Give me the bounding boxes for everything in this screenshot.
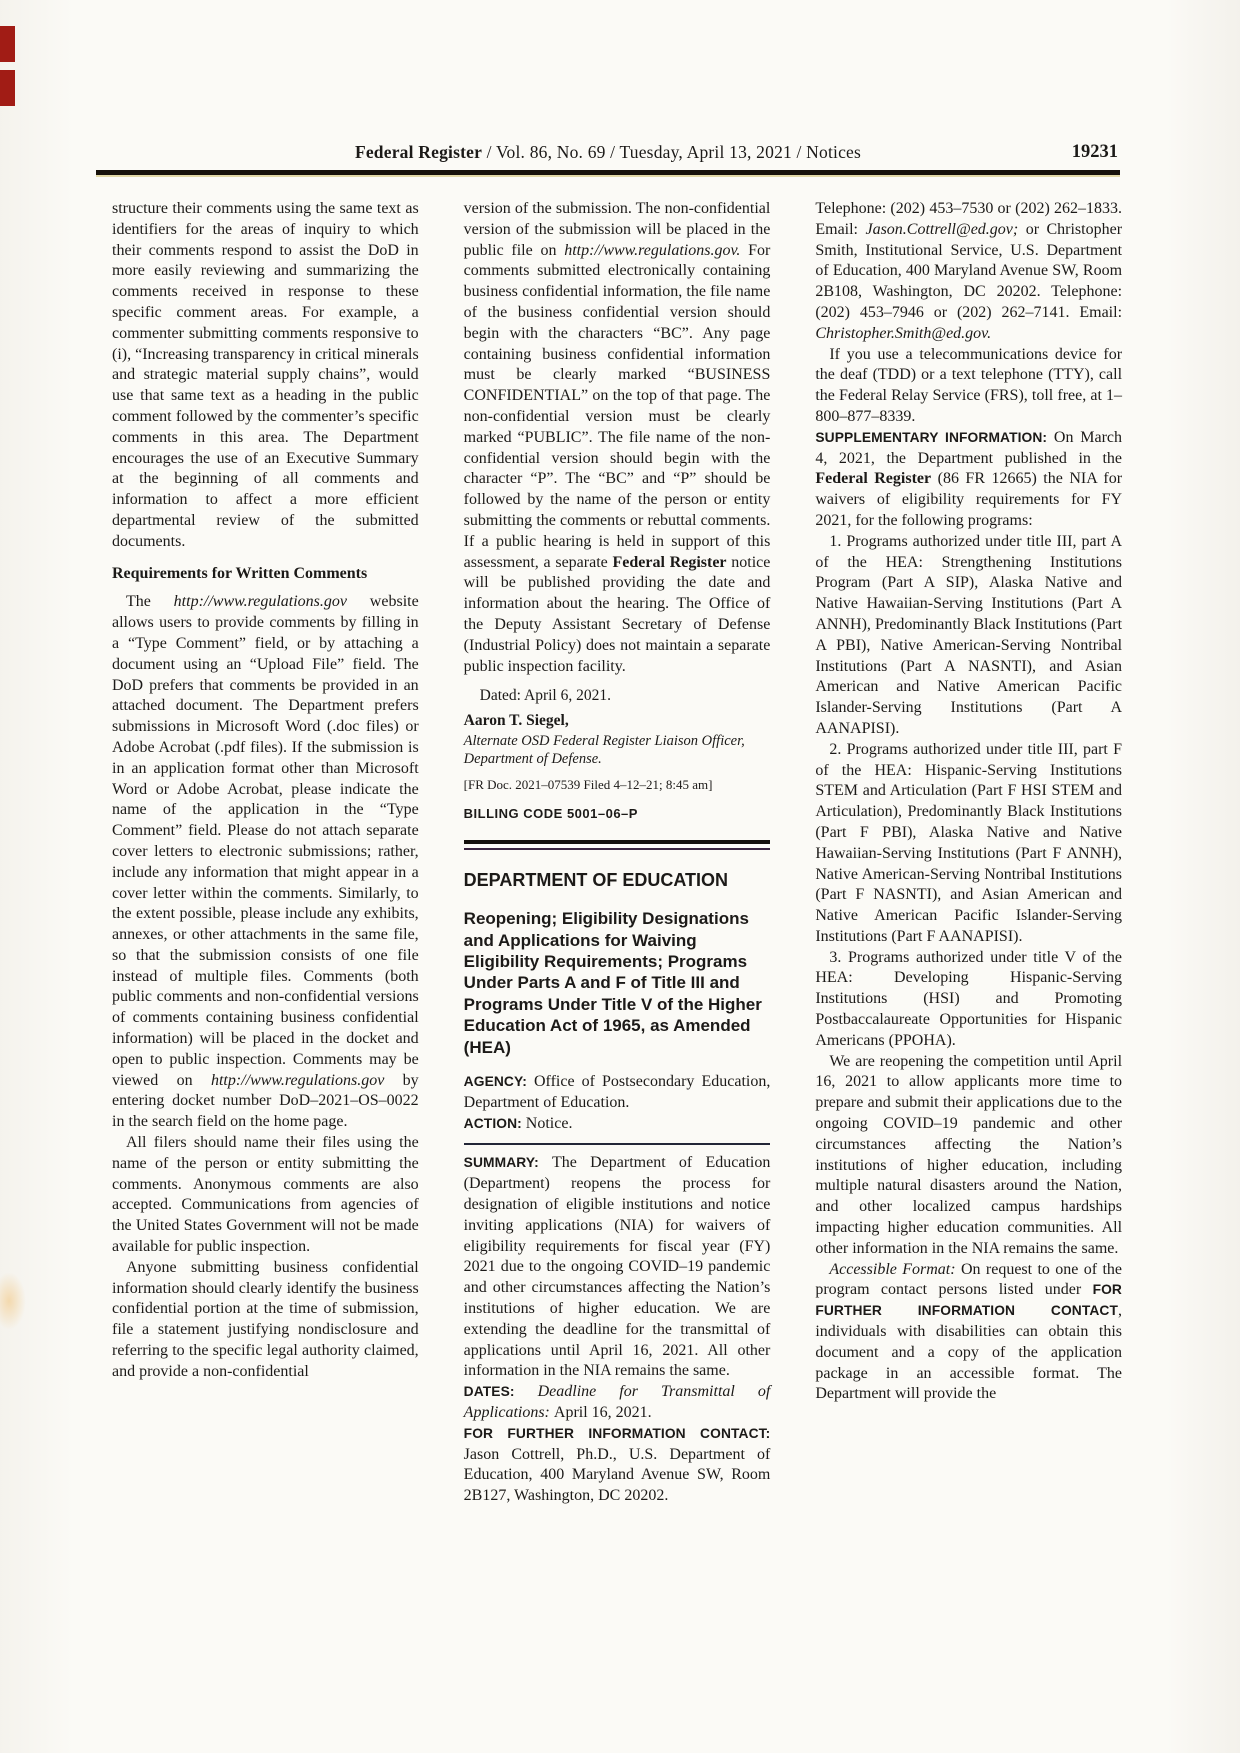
paragraph: Anyone submitting business confidential … xyxy=(112,1258,419,1383)
scan-artifact-red-mark xyxy=(0,26,15,62)
scan-artifact-red-mark xyxy=(0,70,15,106)
paragraph: version of the submission. The non-confi… xyxy=(464,199,771,677)
paragraph: ACTION: Notice. xyxy=(464,1114,771,1135)
document-separator xyxy=(464,840,771,852)
fr-doc-line: [FR Doc. 2021–07539 Filed 4–12–21; 8:45 … xyxy=(464,775,771,796)
running-head: Federal Register / Vol. 86, No. 69 / Tue… xyxy=(96,142,1120,163)
section-rule xyxy=(464,1143,771,1145)
paragraph: If you use a telecommunications device f… xyxy=(815,345,1122,428)
paragraph: SUPPLEMENTARY INFORMATION: On March 4, 2… xyxy=(815,428,1122,532)
dated-line: Dated: April 6, 2021. xyxy=(464,686,771,707)
header-rule xyxy=(96,170,1120,175)
column-3: Telephone: (202) 453–7530 or (202) 262–1… xyxy=(815,199,1122,1507)
three-column-body: structure their comments using the same … xyxy=(112,199,1122,1507)
agency-heading: DEPARTMENT OF EDUCATION xyxy=(464,870,771,891)
scan-artifact-stain xyxy=(0,1272,26,1330)
paragraph: SUMMARY: The Department of Education (De… xyxy=(464,1153,771,1382)
paragraph: All filers should name their files using… xyxy=(112,1133,419,1258)
paragraph: Accessible Format: On request to one of … xyxy=(815,1260,1122,1406)
paragraph: 3. Programs authorized under title V of … xyxy=(815,948,1122,1052)
paragraph: 1. Programs authorized under title III, … xyxy=(815,532,1122,740)
signatory-title: Alternate OSD Federal Register Liaison O… xyxy=(464,732,771,769)
column-1: structure their comments using the same … xyxy=(112,199,419,1507)
journal-title: Federal Register xyxy=(355,142,482,162)
paragraph: DATES: Deadline for Transmittal of Appli… xyxy=(464,1382,771,1424)
section-heading: Requirements for Written Comments xyxy=(112,564,419,585)
paragraph: structure their comments using the same … xyxy=(112,199,419,553)
document-title: Reopening; Eligibility Designations and … xyxy=(464,908,771,1058)
paragraph: The http://www.regulations.gov website a… xyxy=(112,592,419,1133)
page-header: Federal Register / Vol. 86, No. 69 / Tue… xyxy=(96,0,1120,175)
paragraph: FOR FURTHER INFORMATION CONTACT: Jason C… xyxy=(464,1424,771,1507)
paragraph: AGENCY: Office of Postsecondary Educatio… xyxy=(464,1072,771,1114)
paragraph: 2. Programs authorized under title III, … xyxy=(815,740,1122,948)
paragraph: Telephone: (202) 453–7530 or (202) 262–1… xyxy=(815,199,1122,345)
paragraph: We are reopening the competition until A… xyxy=(815,1052,1122,1260)
page-number: 19231 xyxy=(1072,142,1118,163)
column-2: version of the submission. The non-confi… xyxy=(464,199,771,1507)
federal-register-page: Federal Register / Vol. 86, No. 69 / Tue… xyxy=(0,0,1240,1753)
billing-code: BILLING CODE 5001–06–P xyxy=(464,804,771,825)
signatory-name: Aaron T. Siegel, xyxy=(464,711,771,732)
issue-info: / Vol. 86, No. 69 / Tuesday, April 13, 2… xyxy=(482,142,861,162)
